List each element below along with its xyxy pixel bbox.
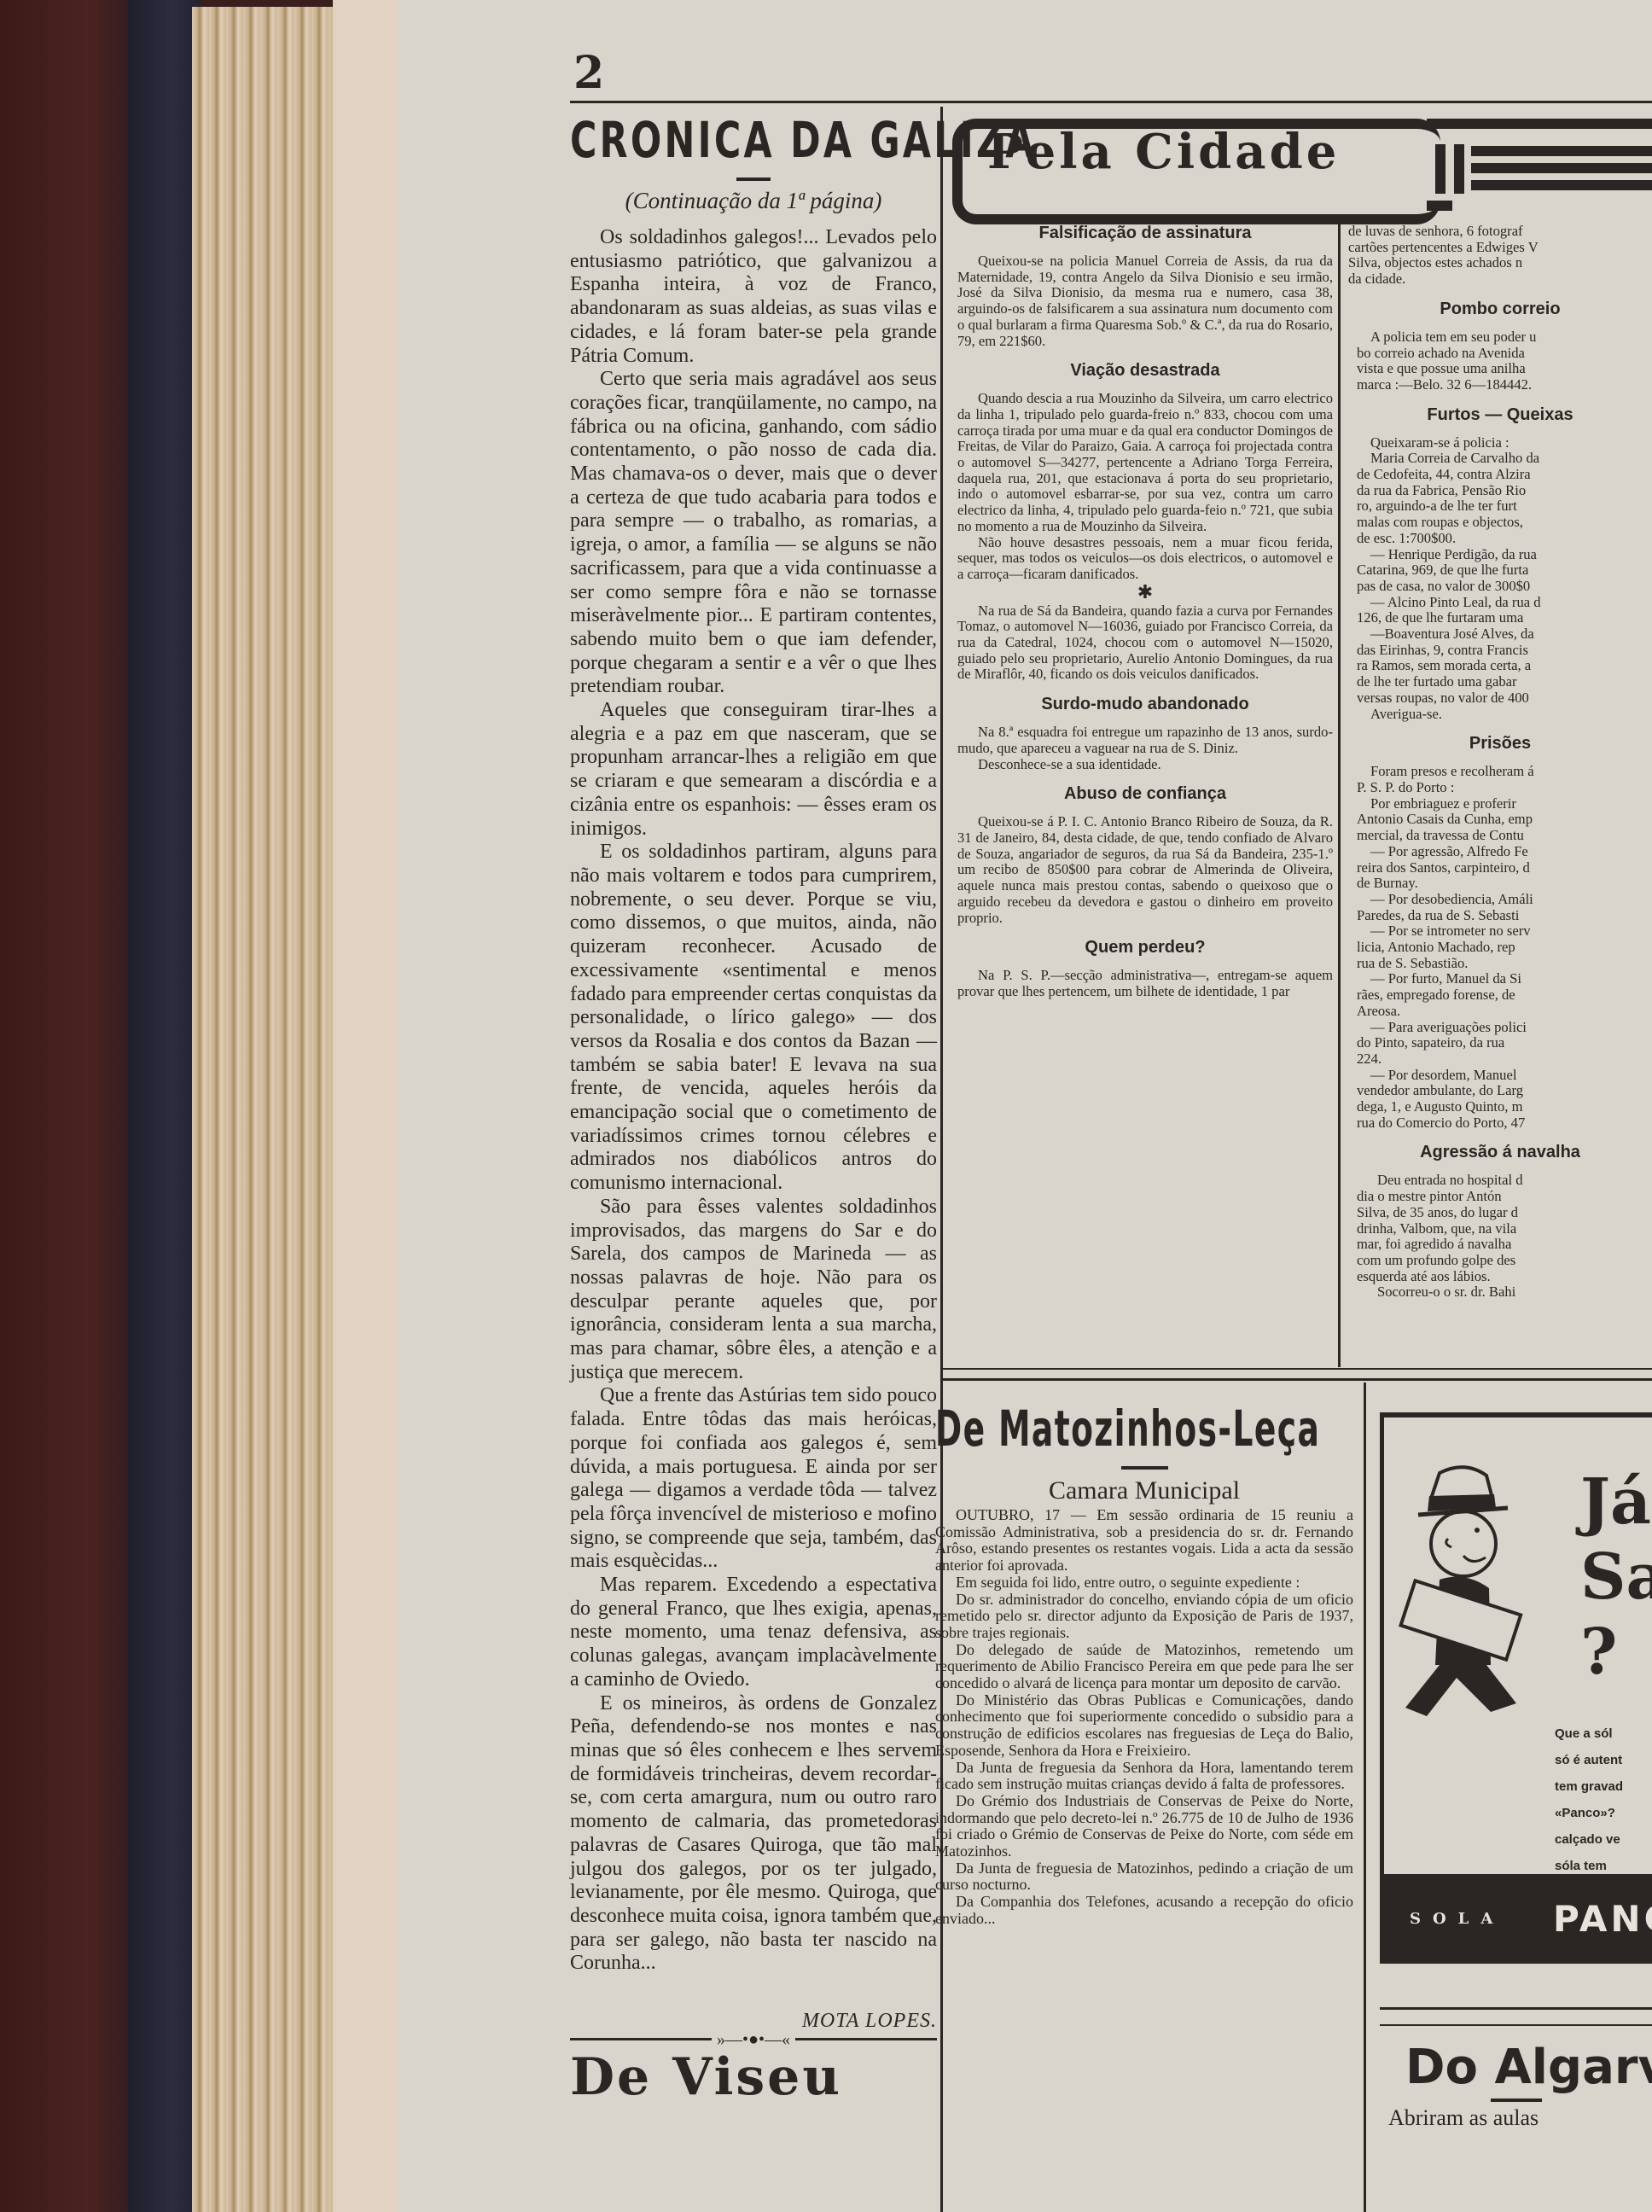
ad-copy-line: tem gravad	[1555, 1773, 1623, 1800]
text-line: Averigua-se.	[1357, 707, 1652, 723]
section-body: Deu entrada no hospital d dia o mestre p…	[1348, 1173, 1652, 1301]
text-line: licia, Antonio Machado, rep	[1357, 940, 1652, 956]
text-line: Silva, objectos estes achados n	[1348, 255, 1652, 271]
text-line: do Pinto, sapateiro, da rua	[1357, 1035, 1652, 1051]
section-body: Queixou-se na policia Manuel Correia de …	[957, 253, 1333, 349]
section-heading: Surdo-mudo abandonado	[957, 695, 1333, 714]
text-line: Por embriaguez e proferir	[1357, 796, 1652, 812]
text-line: de Cedofeita, 44, contra Alzira	[1357, 467, 1652, 483]
section-heading: Quem perdeu?	[957, 938, 1333, 958]
text-line: da rua da Fabrica, Pensão Rio	[1357, 483, 1652, 499]
text-line: vendedor ambulante, do Larg	[1357, 1083, 1652, 1099]
text-line: — Por desordem, Manuel	[1357, 1068, 1652, 1084]
paragraph: OUTUBRO, 17 — Em sessão ordinaria de 15 …	[935, 1507, 1353, 1575]
ad-band-sola: SOLA	[1410, 1910, 1504, 1928]
section-body: Na P. S. P.—secção administrativa—, entr…	[957, 968, 1333, 999]
top-rule	[570, 101, 1652, 103]
text-line: — Por agressão, Alfredo Fe	[1357, 844, 1652, 860]
author-signature: MOTA LOPES.	[570, 2010, 937, 2033]
matozinhos-section: De Matozinhos-Leça Camara Municipal OUTU…	[935, 1400, 1353, 1928]
text-line: ra Ramos, sem morada certa, a	[1357, 658, 1652, 674]
pela-cidade-column-2: Falsificação de assinatura Queixou-se na…	[957, 224, 1333, 1000]
section-body: Queixou-se á P. I. C. Antonio Branco Rib…	[957, 814, 1333, 926]
text-line: —Boaventura José Alves, da	[1357, 626, 1652, 643]
text-line: de lhe ter furtado uma gabar	[1357, 674, 1652, 690]
ad-headline: Já Sa ?	[1580, 1464, 1652, 1690]
paragraph: Queixou-se na policia Manuel Correia de …	[957, 253, 1333, 349]
title-underline	[1491, 2098, 1542, 2102]
paragraph: Do delegado de saúde de Matozinhos, reme…	[935, 1642, 1353, 1692]
viseu-heading: De Viseu	[570, 2047, 937, 2107]
section-heading: Agressão á navalha	[1348, 1143, 1652, 1162]
section-rule	[940, 1368, 1652, 1370]
book-cover-red	[0, 0, 145, 2212]
ad-copy: Que a sól só é autent tem gravad «Panco»…	[1555, 1720, 1623, 1879]
text-line: Queixaram-se á policia :	[1357, 435, 1652, 451]
paragraph: Mas reparem. Excedendo a espectativa do …	[570, 1574, 937, 1692]
algarve-title: Do Algarve	[1405, 2040, 1652, 2095]
title-underline	[736, 178, 771, 181]
paragraph: Da Junta de freguesia da Senhora da Hora…	[935, 1760, 1353, 1793]
text-line: — Alcino Pinto Leal, da rua d	[1357, 595, 1652, 611]
section-rule	[940, 1378, 1652, 1381]
pela-cidade-title: Pela Cidade	[987, 124, 1340, 180]
text-line: bo correio achado na Avenida	[1357, 346, 1652, 362]
paragraph: Do Grémio dos Industriais de Conservas d…	[935, 1793, 1353, 1860]
section-heading: Abuso de confiança	[957, 784, 1333, 804]
text-line: P. S. P. do Porto :	[1357, 780, 1652, 796]
text-line: — Henrique Perdigão, da rua	[1357, 547, 1652, 563]
column-divider	[1338, 224, 1341, 1367]
text-line: malas com roupas e objectos,	[1357, 515, 1652, 531]
ad-band-panco: PANCO	[1553, 1898, 1652, 1940]
section-body: Quando descia a rua Mouzinho da Silveira…	[957, 391, 1333, 683]
text-line: vista e que possue uma anilha	[1357, 361, 1652, 377]
ad-copy-line: «Panco»?	[1555, 1800, 1623, 1826]
paragraph: Não houve desastres pessoais, nem a muar…	[957, 535, 1333, 583]
paragraph: Certo que seria mais agradável aos seus …	[570, 368, 937, 699]
ad-headline-line: ?	[1580, 1615, 1652, 1690]
cronica-title: CRONICA DA GALIZA	[570, 111, 871, 169]
text-line: ro, arguindo-a de lhe ter furt	[1357, 498, 1652, 515]
matozinhos-title: De Matozinhos-Leça	[935, 1400, 1236, 1458]
panco-advertisement: Já Sa ? Que a sól só é autent tem gravad…	[1380, 1412, 1652, 1964]
text-line: dia o mestre pintor Antón	[1357, 1189, 1652, 1205]
star-separator-icon: ✱	[957, 585, 1333, 600]
masthead-stripe	[1471, 180, 1652, 190]
text-line: Maria Correia de Carvalho da	[1357, 451, 1652, 467]
title-underline	[1121, 1466, 1168, 1470]
paragraph: Em seguida foi lido, entre outro, o segu…	[935, 1575, 1353, 1592]
paragraph: Da Companhia dos Telefones, acusando a r…	[935, 1894, 1353, 1927]
algarve-body: Abriram as aulas	[1388, 2105, 1652, 2131]
section-body: Na 8.ª esquadra foi entregue um rapazinh…	[957, 725, 1333, 772]
text-line: Areosa.	[1357, 1004, 1652, 1020]
continuation-note: (Continuação da 1ª página)	[570, 188, 937, 214]
text-line: com um profundo golpe des	[1357, 1253, 1652, 1269]
text-line: Socorreu-o o sr. dr. Bahi	[1357, 1284, 1652, 1301]
paragraph: Na rua de Sá da Bandeira, quando fazia a…	[957, 603, 1333, 684]
text-line: — Por furto, Manuel da Si	[1357, 971, 1652, 987]
text-line: mar, foi agredido á navalha	[1357, 1237, 1652, 1253]
algarve-section: Do Algarve Abriram as aulas	[1380, 2040, 1652, 2131]
text-line: drinha, Valbom, que, na vila	[1357, 1221, 1652, 1237]
paragraph: São para êsses valentes soldadinhos impr…	[570, 1196, 937, 1385]
masthead-stripe	[1427, 201, 1452, 211]
ad-headline-line: Sa	[1580, 1540, 1652, 1615]
text-line: A policia tem em seu poder u	[1357, 329, 1652, 346]
ornament-divider: »—•●•—«	[570, 2038, 937, 2040]
text-line: rua de S. Sebastião.	[1357, 956, 1652, 972]
paragraph: Do sr. administrador do concelho, envian…	[935, 1592, 1353, 1642]
text-line: Catarina, 969, de que lhe furta	[1357, 562, 1652, 579]
text-line: esquerda até aos lábios.	[1357, 1269, 1652, 1285]
text-line: das Eirinhas, 9, contra Francis	[1357, 643, 1652, 659]
walking-man-carrying-shoebox-icon	[1388, 1452, 1550, 1742]
text-line: Antonio Casais da Cunha, emp	[1357, 812, 1652, 828]
paragraph: Na 8.ª esquadra foi entregue um rapazinh…	[957, 725, 1333, 756]
section-heading: Viação desastrada	[957, 361, 1333, 381]
text-line: versas roupas, no valor de 400	[1357, 690, 1652, 707]
page-edges-stack	[192, 7, 337, 2212]
paragraph: Da Junta de freguesia de Matozinhos, ped…	[935, 1860, 1353, 1894]
text-line: Silva, de 35 anos, do lugar d	[1357, 1205, 1652, 1221]
section-heading: Pombo correio	[1348, 300, 1652, 319]
text-line: dega, 1, e Augusto Quinto, m	[1357, 1099, 1652, 1115]
text-line: 224.	[1357, 1051, 1652, 1068]
text-line: — Por se intrometer no serv	[1357, 923, 1652, 940]
masthead-stripe	[1471, 146, 1652, 156]
text-line: rua do Comercio do Porto, 47	[1357, 1115, 1652, 1132]
pela-cidade-masthead: Pela Cidade	[949, 107, 1652, 216]
ad-copy-line: calçado ve	[1555, 1826, 1623, 1853]
text-line: reira dos Santos, carpinteiro, d	[1357, 860, 1652, 876]
flyleaf	[333, 0, 398, 2212]
text-line: de esc. 1:700$00.	[1357, 531, 1652, 547]
text-line: rães, empregado forense, de	[1357, 987, 1652, 1004]
masthead-bar	[1435, 144, 1445, 194]
text-line: cartões pertencentes a Edwiges V	[1348, 240, 1652, 256]
paragraph: Queixou-se á P. I. C. Antonio Branco Rib…	[957, 814, 1333, 926]
section-heading: Prisões	[1348, 734, 1652, 754]
masthead-stripe	[1427, 119, 1652, 129]
section-heading: Falsificação de assinatura	[957, 224, 1333, 243]
section-rule	[1380, 2024, 1652, 2026]
paragraph: E os mineiros, às ordens de Gonzalez Peñ…	[570, 1692, 937, 1976]
text-line: Foram presos e recolheram á	[1357, 764, 1652, 780]
text-line: — Para averiguações polici	[1357, 1020, 1652, 1036]
paragraph: Na P. S. P.—secção administrativa—, entr…	[957, 968, 1333, 999]
paragraph: Os soldadinhos galegos!... Levados pelo …	[570, 226, 937, 368]
book-spine-blue	[128, 0, 201, 2212]
section-body: Queixaram-se á policia : Maria Correia d…	[1348, 435, 1652, 723]
text-line: — Por desobediencia, Amáli	[1357, 892, 1652, 908]
paragraph: Do Ministério das Obras Publicas e Comun…	[935, 1692, 1353, 1760]
section-body: Foram presos e recolheram á P. S. P. do …	[1348, 764, 1652, 1131]
matozinhos-subtitle: Camara Municipal	[935, 1476, 1353, 1505]
text-line: de Burnay.	[1357, 876, 1652, 892]
paragraph: Quando descia a rua Mouzinho da Silveira…	[957, 391, 1333, 534]
section-body: A policia tem em seu poder u bo correio …	[1348, 329, 1652, 393]
paragraph: Que a frente das Astúrias tem sido pouco…	[570, 1384, 937, 1574]
ad-copy-line: só é autent	[1555, 1747, 1623, 1773]
paragraph: Desconhece-se a sua identidade.	[957, 757, 1333, 773]
cronica-body: Os soldadinhos galegos!... Levados pelo …	[570, 226, 937, 1976]
text-line: marca :—Belo. 32 6—184442.	[1357, 377, 1652, 393]
page-number: 2	[573, 47, 604, 99]
text-line: pas de casa, no valor de 300$0	[1357, 579, 1652, 595]
text-line: de luvas de senhora, 6 fotograf	[1348, 224, 1652, 240]
ad-copy-line: Que a sól	[1555, 1720, 1623, 1747]
column-divider	[1364, 1382, 1366, 2212]
ad-headline-line: Já	[1580, 1464, 1652, 1540]
section-heading: Furtos — Queixas	[1348, 405, 1652, 425]
pela-cidade-column-3: de luvas de senhora, 6 fotograf cartões …	[1348, 224, 1652, 1301]
matozinhos-body: OUTUBRO, 17 — Em sessão ordinaria de 15 …	[935, 1507, 1353, 1928]
section-rule	[1380, 2007, 1652, 2010]
paragraph: E os soldadinhos partiram, alguns para n…	[570, 841, 937, 1196]
masthead-bar	[1454, 144, 1464, 194]
cronica-column: CRONICA DA GALIZA (Continuação da 1ª pág…	[570, 107, 937, 2107]
text-line: 126, de que lhe furtaram uma	[1357, 610, 1652, 626]
text-line: da cidade.	[1348, 271, 1652, 288]
ornament-icon: »—•●•—«	[712, 2030, 795, 2050]
continued-text: de luvas de senhora, 6 fotograf cartões …	[1348, 224, 1652, 288]
ad-brand-band: SOLA PANCO	[1384, 1874, 1652, 1964]
text-line: Deu entrada no hospital d	[1357, 1173, 1652, 1189]
masthead-stripe	[1471, 163, 1652, 173]
text-line: mercial, da travessa de Contu	[1357, 828, 1652, 844]
paragraph: Aqueles que conseguiram tirar-lhes a ale…	[570, 699, 937, 841]
text-line: Paredes, da rua de S. Sebasti	[1357, 908, 1652, 924]
